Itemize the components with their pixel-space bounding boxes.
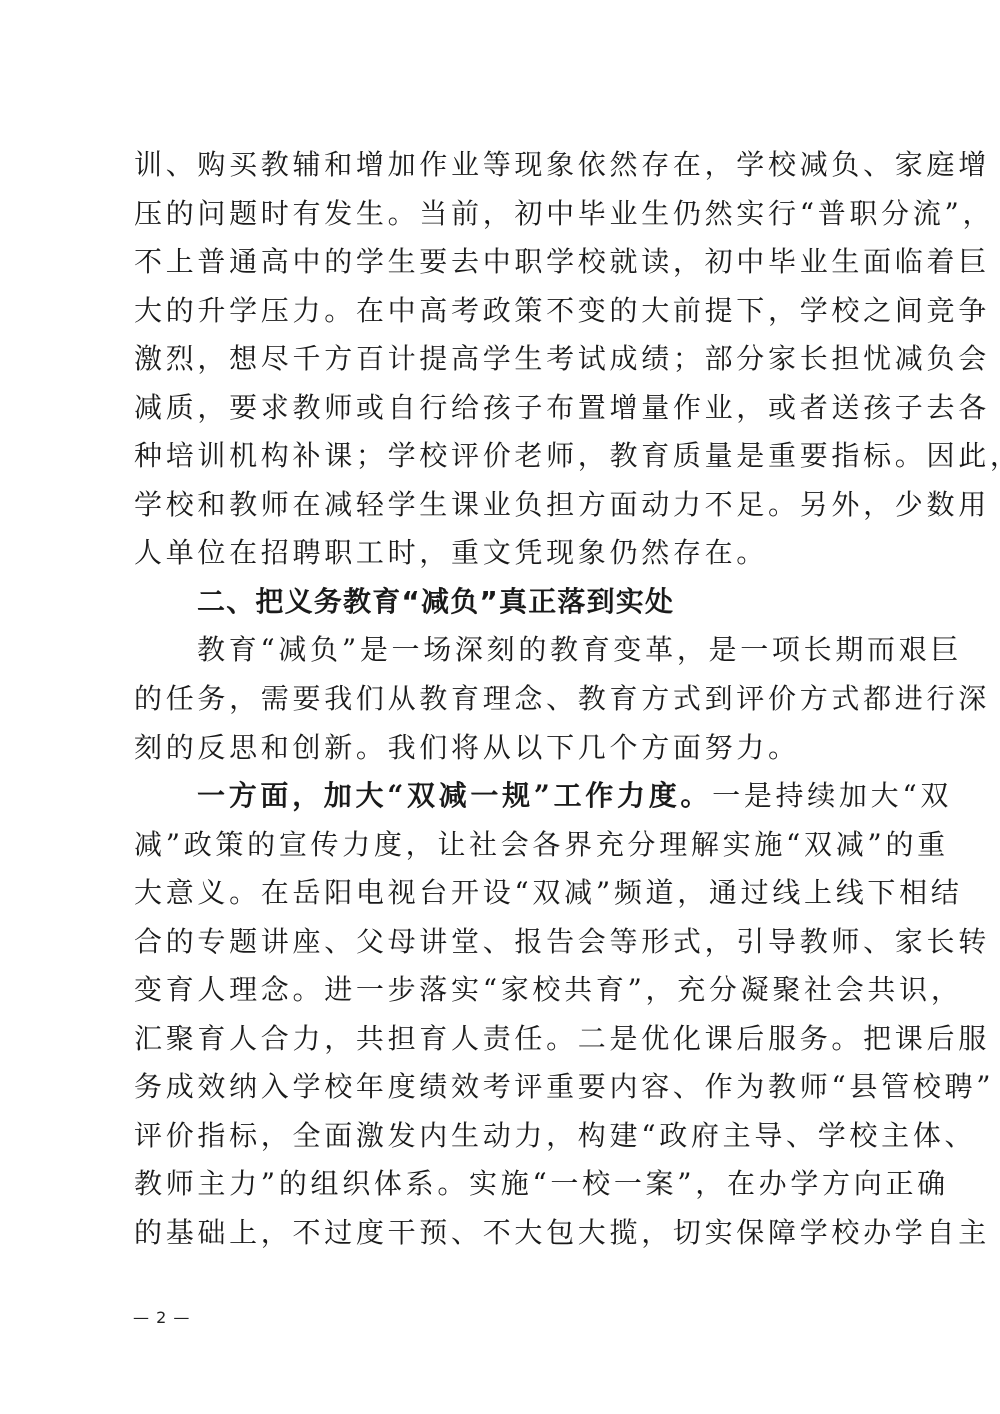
point-one-first-line: 一方面，加大“双减一规”工作力度。一是持续加大“双: [134, 772, 869, 821]
point-one-bold-lead: 一方面，加大“双减一规”工作力度。: [197, 779, 712, 812]
body-line: 变育人理念。进一步落实“家校共育”，充分凝聚社会共识，: [134, 966, 869, 1015]
page-number: — 2 —: [133, 1308, 190, 1327]
body-line: 教师主力”的组织体系。实施“一校一案”，在办学方向正确: [134, 1160, 869, 1209]
body-line: 训、购买教辅和增加作业等现象依然存在，学校减负、家庭增: [134, 141, 869, 190]
body-line: 减”政策的宣传力度，让社会各界充分理解实施“双减”的重: [134, 821, 869, 870]
body-line: 合的专题讲座、父母讲堂、报告会等形式，引导教师、家长转: [134, 918, 869, 967]
point-one-first-line-rest: 一是持续加大“双: [712, 779, 952, 812]
intro-line: 刻的反思和创新。我们将从以下几个方面努力。: [134, 724, 869, 773]
intro-line: 的任务，需要我们从教育理念、教育方式到评价方式都进行深: [134, 675, 869, 724]
body-line: 种培训机构补课；学校评价老师，教育质量是重要指标。因此，: [134, 432, 869, 481]
document-page: 训、购买教辅和增加作业等现象依然存在，学校减负、家庭增 压的问题时有发生。当前，…: [134, 141, 869, 1258]
section-heading: 二、把义务教育“减负”真正落到实处: [134, 578, 869, 627]
body-line: 减质，要求教师或自行给孩子布置增量作业，或者送孩子去各: [134, 384, 869, 433]
body-line: 不上普通高中的学生要去中职学校就读，初中毕业生面临着巨: [134, 238, 869, 287]
body-line: 学校和教师在减轻学生课业负担方面动力不足。另外，少数用: [134, 481, 869, 530]
body-line: 评价指标，全面激发内生动力，构建“政府主导、学校主体、: [134, 1112, 869, 1161]
body-line: 大的升学压力。在中高考政策不变的大前提下，学校之间竞争: [134, 287, 869, 336]
body-line: 的基础上，不过度干预、不大包大揽，切实保障学校办学自主: [134, 1209, 869, 1258]
body-line: 激烈，想尽千方百计提高学生考试成绩；部分家长担忧减负会: [134, 335, 869, 384]
body-line: 大意义。在岳阳电视台开设“双减”频道，通过线上线下相结: [134, 869, 869, 918]
body-line: 人单位在招聘职工时，重文凭现象仍然存在。: [134, 529, 869, 578]
body-line: 压的问题时有发生。当前，初中毕业生仍然实行“普职分流”，: [134, 190, 869, 239]
body-line: 务成效纳入学校年度绩效考评重要内容、作为教师“县管校聘”: [134, 1063, 869, 1112]
body-line: 汇聚育人合力，共担育人责任。二是优化课后服务。把课后服: [134, 1015, 869, 1064]
intro-line: 教育“减负”是一场深刻的教育变革，是一项长期而艰巨: [134, 626, 869, 675]
